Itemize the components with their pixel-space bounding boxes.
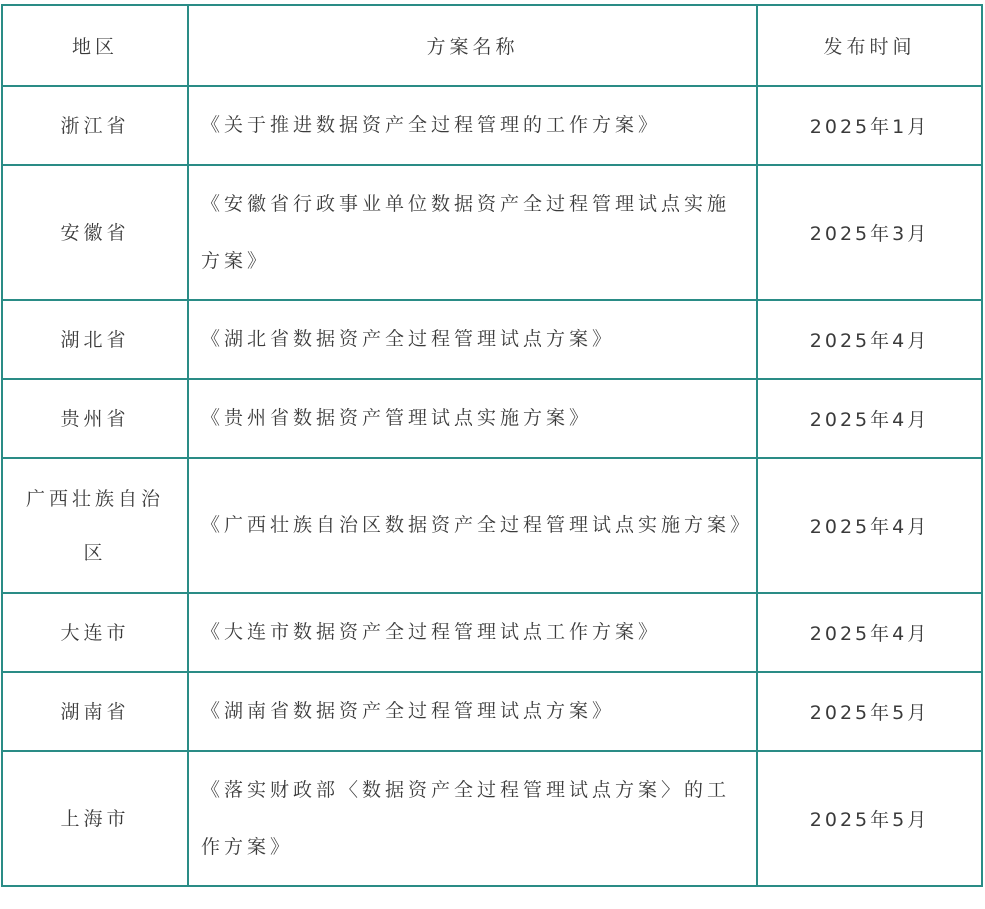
cell-region: 湖南省 bbox=[2, 672, 188, 751]
cell-plan-name: 《落实财政部〈数据资产全过程管理试点方案〉的工作方案》 bbox=[188, 751, 757, 886]
cell-region: 广西壮族自治区 bbox=[2, 458, 188, 593]
pilot-plans-table-container: 地区 方案名称 发布时间 浙江省 《关于推进数据资产全过程管理的工作方案》 20… bbox=[1, 4, 983, 887]
table-header-row: 地区 方案名称 发布时间 bbox=[2, 5, 982, 86]
cell-release-date: 2025年3月 bbox=[757, 165, 982, 300]
cell-plan-name: 《广西壮族自治区数据资产全过程管理试点实施方案》 bbox=[188, 458, 757, 593]
cell-region: 贵州省 bbox=[2, 379, 188, 458]
cell-release-date: 2025年5月 bbox=[757, 672, 982, 751]
cell-release-date: 2025年4月 bbox=[757, 300, 982, 379]
cell-plan-name: 《贵州省数据资产管理试点实施方案》 bbox=[188, 379, 757, 458]
table-row: 湖北省 《湖北省数据资产全过程管理试点方案》 2025年4月 bbox=[2, 300, 982, 379]
data-asset-pilot-plans-table: 地区 方案名称 发布时间 浙江省 《关于推进数据资产全过程管理的工作方案》 20… bbox=[1, 4, 983, 887]
cell-release-date: 2025年1月 bbox=[757, 86, 982, 165]
table-row: 安徽省 《安徽省行政事业单位数据资产全过程管理试点实施方案》 2025年3月 bbox=[2, 165, 982, 300]
cell-release-date: 2025年4月 bbox=[757, 593, 982, 672]
table-row: 大连市 《大连市数据资产全过程管理试点工作方案》 2025年4月 bbox=[2, 593, 982, 672]
cell-plan-name: 《湖南省数据资产全过程管理试点方案》 bbox=[188, 672, 757, 751]
table-row: 广西壮族自治区 《广西壮族自治区数据资产全过程管理试点实施方案》 2025年4月 bbox=[2, 458, 982, 593]
table-row: 贵州省 《贵州省数据资产管理试点实施方案》 2025年4月 bbox=[2, 379, 982, 458]
table-row: 上海市 《落实财政部〈数据资产全过程管理试点方案〉的工作方案》 2025年5月 bbox=[2, 751, 982, 886]
cell-plan-name: 《安徽省行政事业单位数据资产全过程管理试点实施方案》 bbox=[188, 165, 757, 300]
cell-region: 浙江省 bbox=[2, 86, 188, 165]
header-region: 地区 bbox=[2, 5, 188, 86]
cell-plan-name: 《关于推进数据资产全过程管理的工作方案》 bbox=[188, 86, 757, 165]
cell-region: 安徽省 bbox=[2, 165, 188, 300]
cell-release-date: 2025年5月 bbox=[757, 751, 982, 886]
cell-plan-name: 《大连市数据资产全过程管理试点工作方案》 bbox=[188, 593, 757, 672]
table-row: 湖南省 《湖南省数据资产全过程管理试点方案》 2025年5月 bbox=[2, 672, 982, 751]
cell-release-date: 2025年4月 bbox=[757, 379, 982, 458]
header-plan-name: 方案名称 bbox=[188, 5, 757, 86]
cell-region: 上海市 bbox=[2, 751, 188, 886]
cell-region: 湖北省 bbox=[2, 300, 188, 379]
header-release-date: 发布时间 bbox=[757, 5, 982, 86]
table-row: 浙江省 《关于推进数据资产全过程管理的工作方案》 2025年1月 bbox=[2, 86, 982, 165]
cell-region: 大连市 bbox=[2, 593, 188, 672]
cell-plan-name: 《湖北省数据资产全过程管理试点方案》 bbox=[188, 300, 757, 379]
cell-release-date: 2025年4月 bbox=[757, 458, 982, 593]
